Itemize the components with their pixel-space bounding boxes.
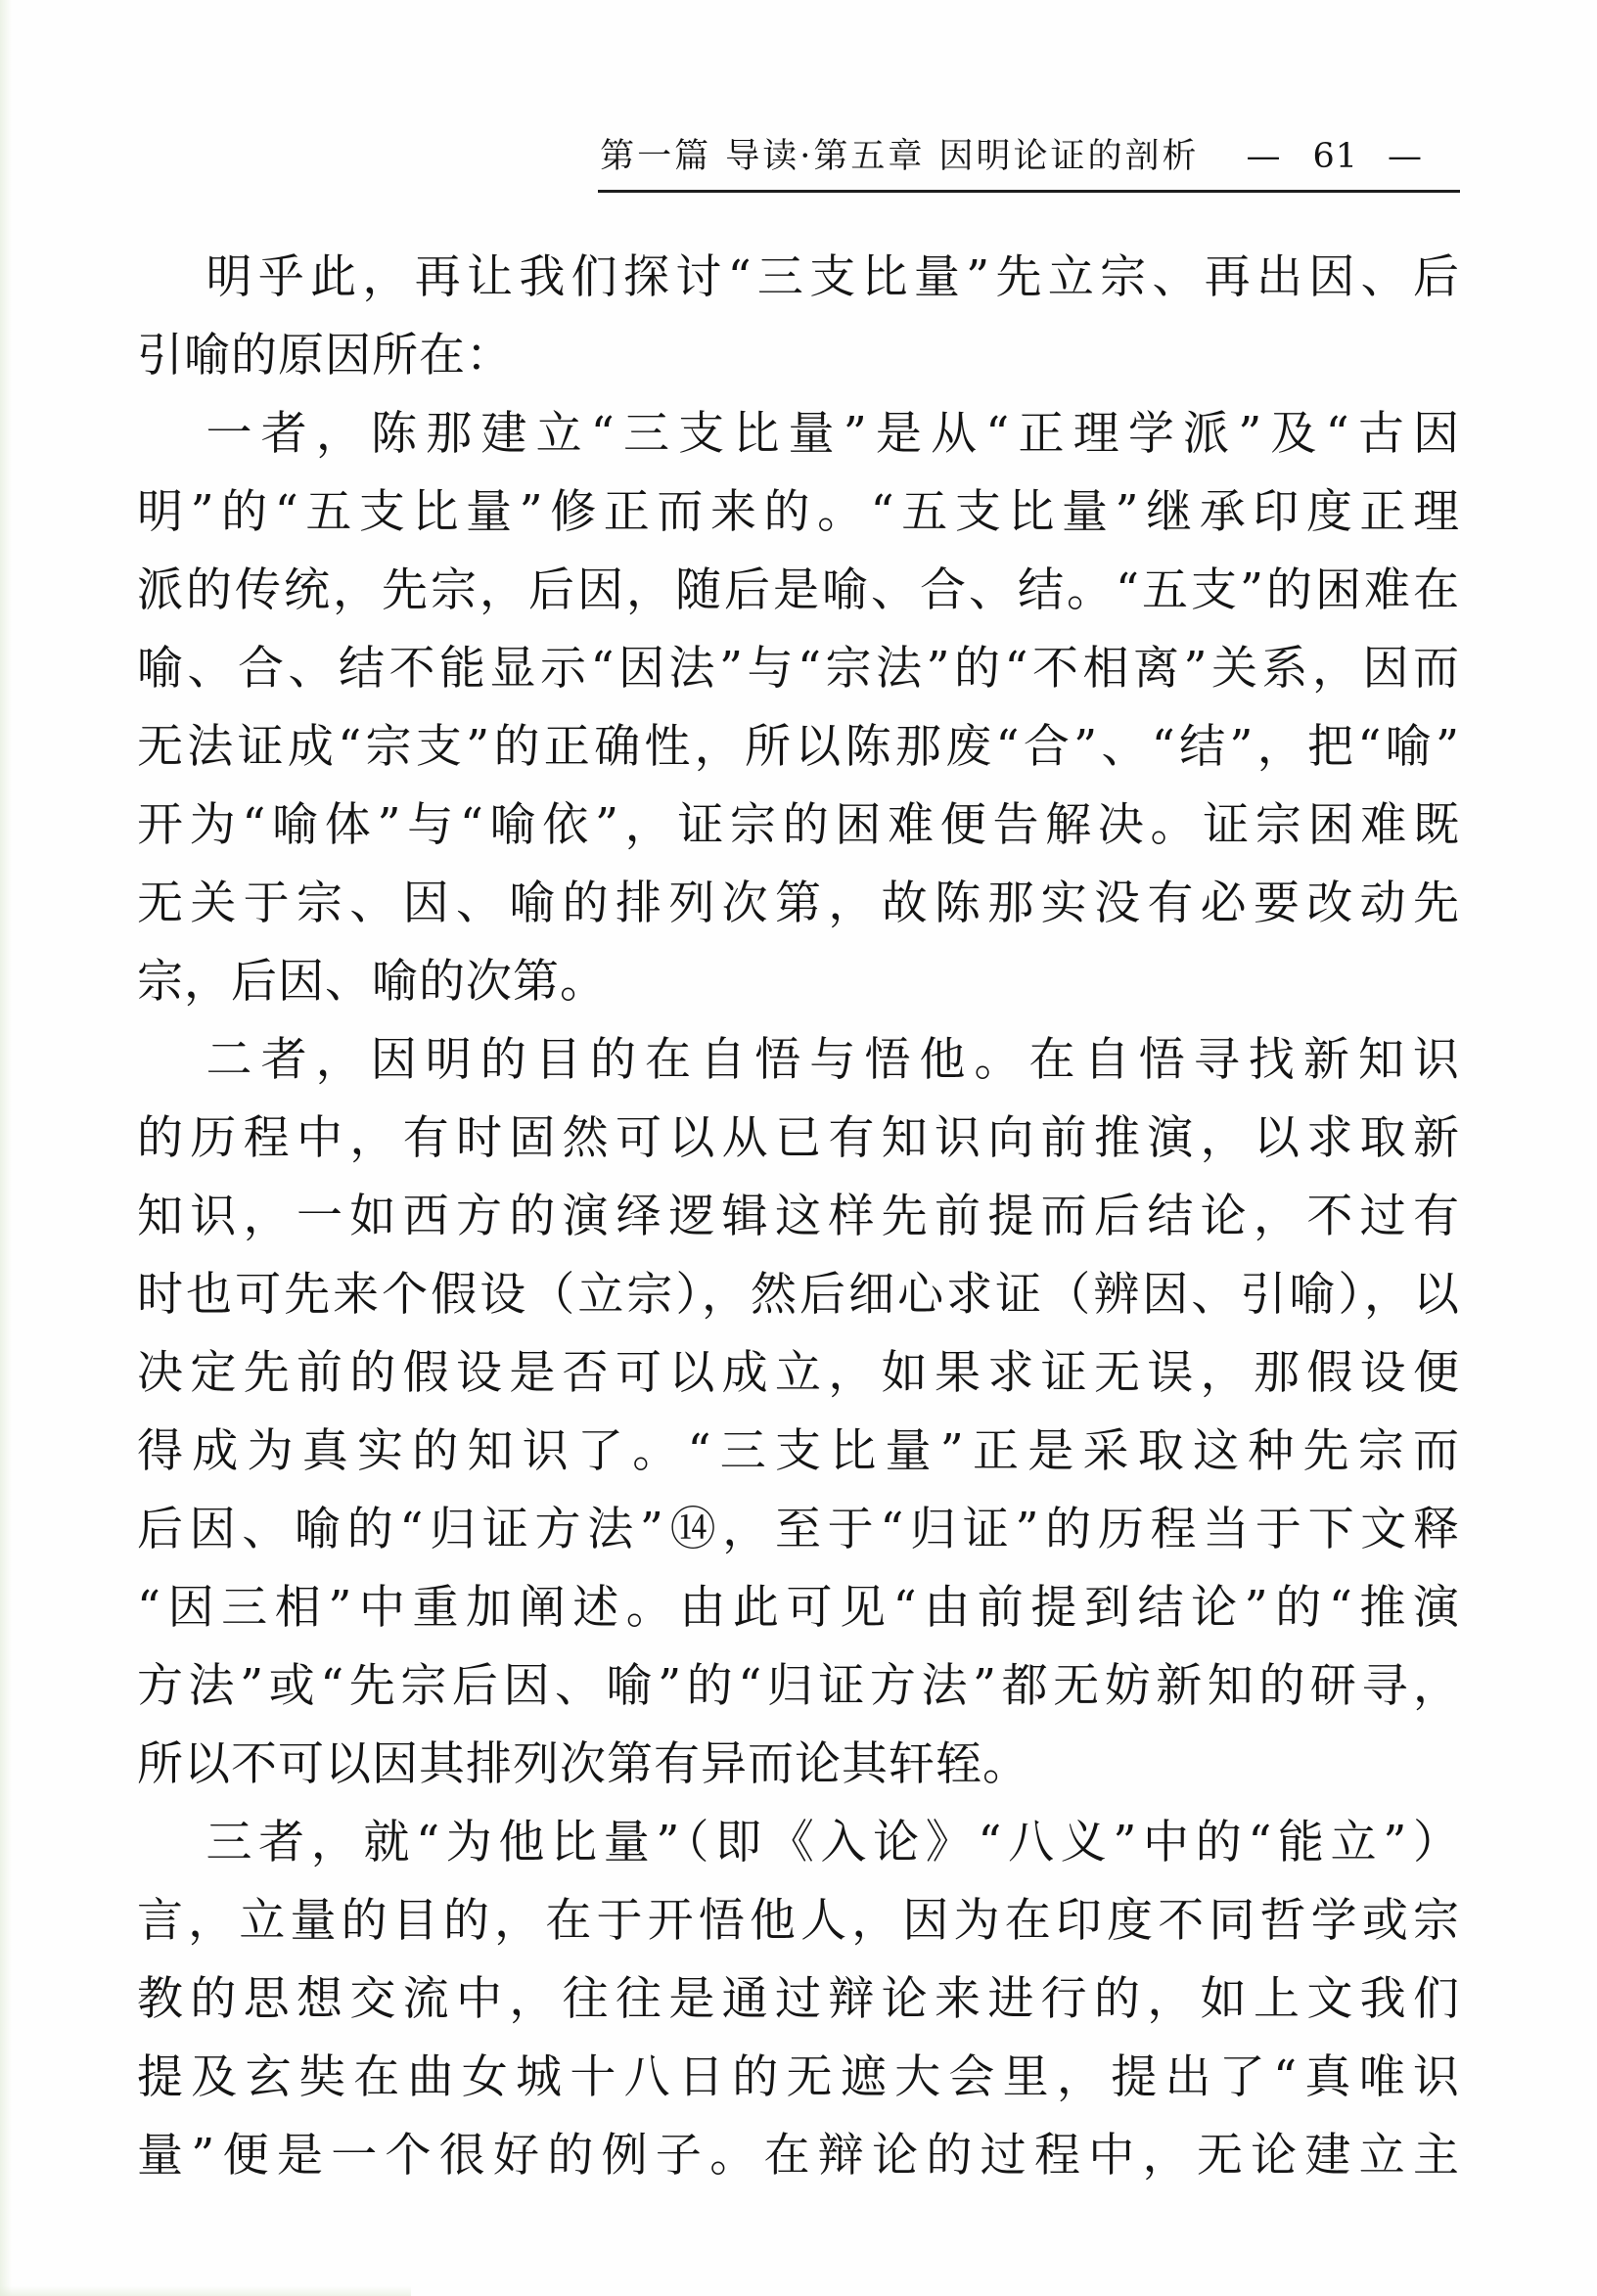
scan-artifact-left [0,0,12,2296]
running-header-inner: 第一篇 导读·第五章 因明论证的剖析 — 61 — [598,129,1460,193]
running-header: 第一篇 导读·第五章 因明论证的剖析 — 61 — [137,129,1460,193]
paragraph-2: 一者，陈那建立“三支比量”是从“正理学派”及“古因 明”的“五支比量”修正而来的… [137,395,1460,1021]
text-line: 提及玄奘在曲女城十八日的无遮大会里，提出了“真唯识 [137,2039,1460,2117]
text-line: 言，立量的目的，在于开悟他人，因为在印度不同哲学或宗 [137,1882,1460,1960]
text-line: 三者，就“为他比量”（即《入论》“八义”中的“能立”） [137,1804,1460,1882]
text-line: 开为“喻体”与“喻依”，证宗的困难便告解决。证宗困难既 [137,787,1460,865]
scan-artifact-bottom [0,2286,411,2296]
text-line: “因三相”中重加阐述。由此可见“由前提到结论”的“推演 [137,1569,1460,1647]
text-line: 决定先前的假设是否可以成立，如果求证无误，那假设便 [137,1334,1460,1413]
text-line: 宗，后因、喻的次第。 [137,943,1460,1021]
text-line: 得成为真实的知识了。“三支比量”正是采取这种先宗而 [137,1413,1460,1491]
text-line: 无关于宗、因、喻的排列次第，故陈那实没有必要改动先 [137,865,1460,943]
text-line: 二者，因明的目的在自悟与悟他。在自悟寻找新知识 [137,1021,1460,1100]
text-line: 的历程中，有时固然可以从已有知识向前推演，以求取新 [137,1100,1460,1178]
paragraph-3: 二者，因明的目的在自悟与悟他。在自悟寻找新知识 的历程中，有时固然可以从已有知识… [137,1021,1460,1804]
text-line: 后因、喻的“归证方法”⑭，至于“归证”的历程当于下文释 [137,1491,1460,1569]
text-line: 派的传统，先宗，后因，随后是喻、合、结。“五支”的困难在 [137,552,1460,630]
text-line: 明乎此，再让我们探讨“三支比量”先立宗、再出因、后 [137,239,1460,317]
page-number-dash-right: — [1388,137,1425,176]
text-line: 量”便是一个很好的例子。在辩论的过程中，无论建立主 [137,2117,1460,2195]
text-line: 方法”或“先宗后因、喻”的“归证方法”都无妨新知的研寻， [137,1647,1460,1726]
text-line: 教的思想交流中，往往是通过辩论来进行的，如上文我们 [137,1960,1460,2039]
paragraph-4: 三者，就“为他比量”（即《入论》“八义”中的“能立”） 言，立量的目的，在于开悟… [137,1804,1460,2195]
chapter-title: 第一篇 导读·第五章 因明论证的剖析 [600,129,1199,178]
text-line: 无法证成“宗支”的正确性，所以陈那废“合”、“结”，把“喻” [137,708,1460,787]
paragraph-1: 明乎此，再让我们探讨“三支比量”先立宗、再出因、后 引喻的原因所在： [137,239,1460,395]
text-line: 引喻的原因所在： [137,317,1460,395]
text-line: 明”的“五支比量”修正而来的。“五支比量”继承印度正理 [137,473,1460,552]
body-text: 明乎此，再让我们探讨“三支比量”先立宗、再出因、后 引喻的原因所在： 一者，陈那… [137,239,1460,2195]
page-number: 61 [1312,137,1358,176]
page-number-dash-left: — [1246,137,1283,176]
text-line: 所以不可以因其排列次第有异而论其轩轾。 [137,1726,1460,1804]
text-line: 时也可先来个假设（立宗），然后细心求证（辨因、引喻），以 [137,1256,1460,1334]
book-page: 第一篇 导读·第五章 因明论证的剖析 — 61 — 明乎此，再让我们探讨“三支比… [0,0,1597,2296]
text-line: 知识，一如西方的演绎逻辑这样先前提而后结论，不过有 [137,1178,1460,1256]
text-line: 喻、合、结不能显示“因法”与“宗法”的“不相离”关系，因而 [137,630,1460,708]
text-line: 一者，陈那建立“三支比量”是从“正理学派”及“古因 [137,395,1460,473]
